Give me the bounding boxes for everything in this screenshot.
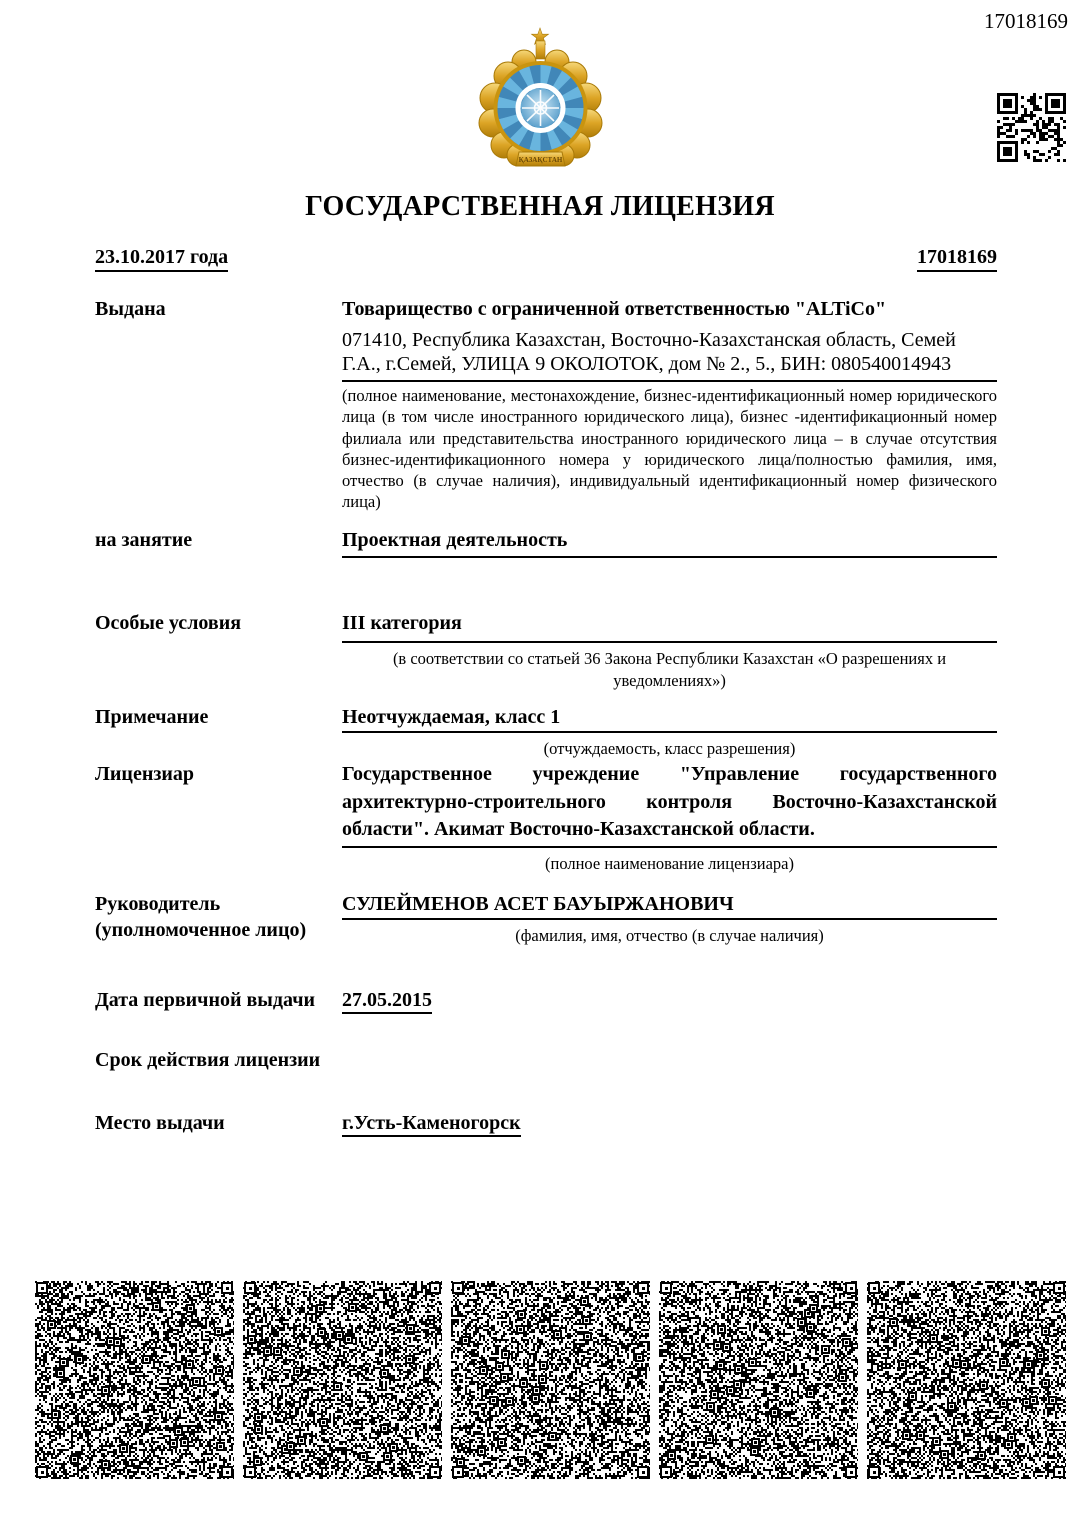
field-caption: (в соответствии со статьей 36 Закона Рес… [370,648,970,691]
field-note: Примечание Неотчуждаемая, класс 1 (отчуж… [95,704,997,760]
data-matrix-block-icon [35,1281,234,1479]
field-place-of-issue: Место выдачи г.Усть-Каменогорск [95,1110,997,1136]
data-matrix-block-icon [867,1281,1066,1479]
field-licensor: Лицензиар Государственное учреждение "Уп… [95,761,997,874]
licensor-value: Государственное учреждение "Управление г… [342,761,997,848]
data-matrix-block-icon [451,1281,650,1479]
document-number-top: 17018169 [984,10,1068,32]
field-caption: (полное наименование лицензиара) [342,853,997,875]
special-conditions-value: III категория [342,610,997,643]
field-caption: (фамилия, имя, отчество (в случае наличи… [342,925,997,947]
field-label: Примечание [95,704,342,760]
field-label: Лицензиар [95,761,342,874]
field-label: Особые условия [95,610,342,691]
barcode-strip [35,1281,1066,1479]
note-value: Неотчуждаемая, класс 1 [342,704,997,733]
qr-code-icon [997,93,1067,163]
field-label: Руководитель (уполномоченное лицо) [95,891,342,947]
field-issued-to: Выдана Товарищество с ограниченной ответ… [95,296,997,513]
field-head: Руководитель (уполномоченное лицо) СУЛЕЙ… [95,891,997,947]
field-label: Место выдачи [95,1110,342,1136]
company-name: Товарищество с ограниченной ответственно… [342,296,997,322]
meta-row: 23.10.2017 года 17018169 [95,245,997,272]
field-label: Выдана [95,296,342,513]
head-value: СУЛЕЙМЕНОВ АСЕТ БАУЫРЖАНОВИЧ [342,891,997,920]
page-title: ГОСУДАРСТВЕННАЯ ЛИЦЕНЗИЯ [0,191,1080,223]
place-of-issue-value: г.Усть-Каменогорск [342,1110,997,1136]
field-label: Срок действия лицензии [95,1047,342,1073]
license-number: 17018169 [917,245,997,272]
issue-date: 23.10.2017 года [95,245,228,272]
data-matrix-block-icon [243,1281,442,1479]
field-special-conditions: Особые условия III категория (в соответс… [95,610,997,691]
company-address: 071410, Республика Казахстан, Восточно-К… [342,328,997,382]
svg-text:ҚАЗАҚСТАН: ҚАЗАҚСТАН [519,156,563,164]
field-caption: (отчуждаемость, класс разрешения) [342,738,997,760]
field-caption: (полное наименование, местонахождение, б… [342,385,997,513]
field-validity: Срок действия лицензии [95,1047,997,1073]
field-activity: на занятие Проектная деятельность [95,527,997,558]
kazakhstan-coat-of-arms-icon: ҚАЗАҚСТАН [478,26,603,178]
field-first-issue-date: Дата первичной выдачи 27.05.2015 [95,987,997,1013]
field-label: на занятие [95,527,342,558]
data-matrix-block-icon [659,1281,858,1479]
field-label: Дата первичной выдачи [95,987,342,1013]
activity-value: Проектная деятельность [342,527,997,558]
first-issue-date-value: 27.05.2015 [342,987,997,1013]
license-document-page: 17018169 [0,0,1080,1528]
